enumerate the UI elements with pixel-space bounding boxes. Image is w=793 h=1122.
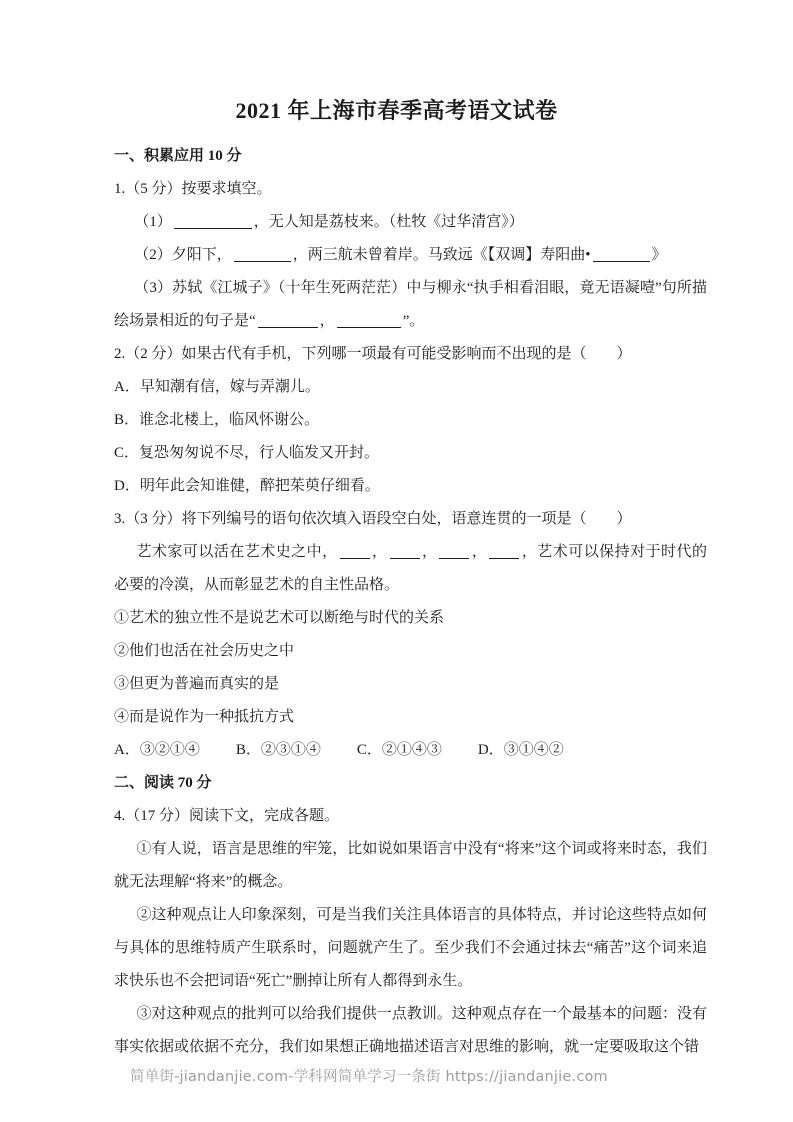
blank-line bbox=[439, 557, 469, 559]
blank-line bbox=[258, 326, 318, 328]
exam-paper-page: 2021 年上海市春季高考语文试卷 一、积累应用 10 分 1.（5 分）按要求… bbox=[0, 0, 793, 1122]
blank-line bbox=[337, 326, 401, 328]
q1-item-2-text-2: ，两三航未曾着岸。马致远《【双调】寿阳曲• bbox=[293, 247, 591, 263]
q4-paragraph-3: ③对这种观点的批判可以给我们提供一点教训。这种观点存在一个最基本的问题：没有事实… bbox=[114, 998, 707, 1064]
q3-para-comma-1: ， bbox=[372, 544, 388, 560]
q3-sentence-4: ④而是说作为一种抵抗方式 bbox=[114, 701, 707, 734]
q2-option-c: C．复恐匆匆说不尽，行人临发又开封。 bbox=[114, 437, 707, 470]
q3-para-text-1: 艺术家可以活在艺术史之中， bbox=[137, 544, 338, 560]
q3-sentence-1: ①艺术的独立性不是说艺术可以断绝与时代的关系 bbox=[114, 602, 707, 635]
blank-line bbox=[234, 260, 291, 262]
section-2-heading: 二、阅读 70 分 bbox=[114, 767, 707, 800]
q4-paragraph-2: ②这种观点让人印象深刻，可是当我们关注具体语言的具体特点，并讨论这些特点如何与具… bbox=[114, 899, 707, 998]
q2-option-b: B．谁念北楼上，临风怀谢公。 bbox=[114, 404, 707, 437]
q1-item-2: （2）夕阳下，，两三航未曾着岸。马致远《【双调】寿阳曲•》 bbox=[114, 239, 707, 272]
q2-option-d: D．明年此会知谁健，醉把茱萸仔细看。 bbox=[114, 470, 707, 503]
question-1-heading: 1.（5 分）按要求填空。 bbox=[114, 173, 707, 206]
q2-option-a: A．早知潮有信，嫁与弄潮儿。 bbox=[114, 371, 707, 404]
q3-sentence-3: ③但更为普遍而真实的是 bbox=[114, 668, 707, 701]
blank-line bbox=[593, 260, 650, 262]
blank-line bbox=[340, 557, 370, 559]
watermark-footer: 简单街-jiandanjie.com-学科网简单学习一条街 https://ji… bbox=[130, 1066, 608, 1088]
question-3-heading: 3.（3 分）将下列编号的语句依次填入语段空白处，语意连贯的一项是（ ） bbox=[114, 503, 707, 536]
blank-line bbox=[174, 227, 252, 229]
q1-item-1: （1），无人知是荔枝来。（杜牧《过华清宫》） bbox=[114, 206, 707, 239]
q1-item-1-label: （1） bbox=[134, 214, 172, 230]
q1-item-2-text-1: （2）夕阳下， bbox=[134, 247, 232, 263]
q1-item-3-comma: ， bbox=[320, 313, 335, 329]
q3-para-comma-3: ， bbox=[471, 544, 487, 560]
q3-gap-paragraph: 艺术家可以活在艺术史之中，，，，，艺术可以保持对于时代的必要的冷漠，从而彰显艺术… bbox=[114, 536, 707, 602]
q4-paragraph-1: ①有人说，语言是思维的牢笼，比如说如果语言中没有“将来”这个词或将来时态，我们就… bbox=[114, 833, 707, 899]
q3-option-b: B．②③①④ bbox=[236, 742, 321, 758]
q3-sentence-2: ②他们也活在社会历史之中 bbox=[114, 635, 707, 668]
q1-item-2-text-3: 》 bbox=[652, 247, 667, 263]
q1-item-1-text: ，无人知是荔枝来。（杜牧《过华清宫》） bbox=[254, 214, 524, 230]
q3-option-c: C．②①④③ bbox=[357, 742, 442, 758]
page-title: 2021 年上海市春季高考语文试卷 bbox=[0, 0, 793, 125]
exam-content: 一、积累应用 10 分 1.（5 分）按要求填空。 （1），无人知是荔枝来。（杜… bbox=[114, 140, 707, 1064]
q3-option-a: A．③②①④ bbox=[114, 742, 200, 758]
q1-item-3: （3）苏轼《江城子》（十年生死两茫茫）中与柳永“执手相看泪眼，竟无语凝噎”句所描… bbox=[114, 272, 707, 338]
blank-line bbox=[390, 557, 420, 559]
q3-para-comma-2: ， bbox=[422, 544, 438, 560]
q1-item-3-text-2: ”。 bbox=[403, 313, 425, 329]
question-4-heading: 4.（17 分）阅读下文，完成各题。 bbox=[114, 800, 707, 833]
section-1-heading: 一、积累应用 10 分 bbox=[114, 140, 707, 173]
blank-line bbox=[489, 557, 519, 559]
q3-option-d: D．③①④② bbox=[478, 742, 564, 758]
question-2-heading: 2.（2 分）如果古代有手机，下列哪一项最有可能受影响而不出现的是（ ） bbox=[114, 338, 707, 371]
q3-options-row: A．③②①④B．②③①④C．②①④③D．③①④② bbox=[114, 734, 707, 767]
